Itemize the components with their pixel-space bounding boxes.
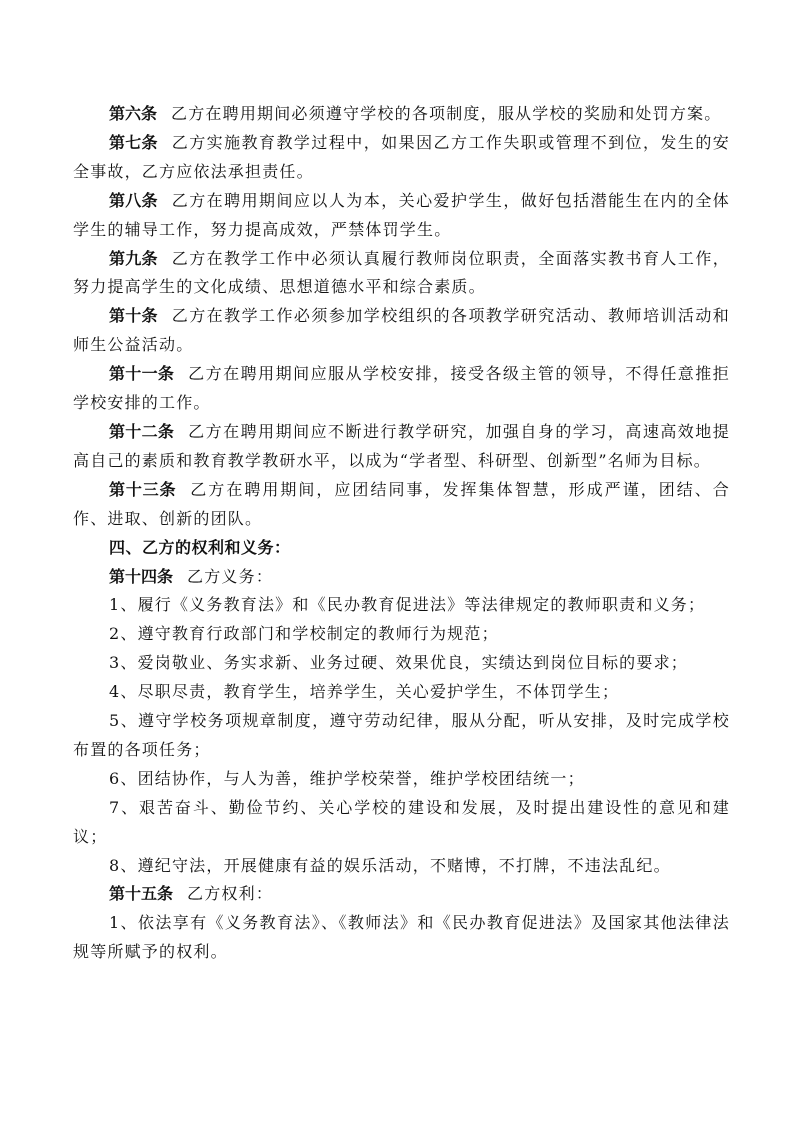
section-heading: 四、乙方的权利和义务：	[73, 534, 730, 563]
obligation-item: 4、尽职尽责，教育学生，培养学生，关心爱护学生，不体罚学生；	[73, 678, 730, 707]
obligation-item: 2、遵守教育行政部门和学校制定的教师行为规范；	[73, 620, 730, 649]
article-label: 第十二条	[109, 422, 174, 441]
obligation-item: 8、遵纪守法，开展健康有益的娱乐活动，不赌博，不打牌，不违法乱纪。	[73, 852, 730, 881]
article-label: 第十五条	[109, 884, 173, 903]
article-label: 第十三条	[109, 480, 176, 499]
article-14: 第十四条乙方义务：	[73, 563, 730, 592]
article-label: 第八条	[109, 191, 158, 210]
obligation-item: 1、履行《义务教育法》和《民办教育促进法》等法律规定的教师职责和义务；	[73, 591, 730, 620]
article-9: 第九条乙方在教学工作中必须认真履行教师岗位职责，全面落实教书育人工作，努力提高学…	[73, 245, 730, 303]
article-label: 第七条	[109, 133, 158, 152]
article-8: 第八条乙方在聘用期间应以人为本，关心爱护学生，做好包括潜能生在内的全体学生的辅导…	[73, 187, 730, 245]
article-10: 第十条乙方在教学工作必须参加学校组织的各项教学研究活动、教师培训活动和师生公益活…	[73, 302, 730, 360]
article-label: 第十条	[109, 306, 158, 325]
document-page: 第六条乙方在聘用期间必须遵守学校的各项制度，服从学校的奖励和处罚方案。 第七条乙…	[73, 100, 730, 967]
article-13: 第十三条乙方在聘用期间，应团结同事，发挥集体智慧，形成严谨，团结、合作、进取、创…	[73, 476, 730, 534]
article-15: 第十五条乙方权利：	[73, 880, 730, 909]
obligation-item: 7、艰苦奋斗、勤俭节约、关心学校的建设和发展，及时提出建设性的意见和建议；	[73, 794, 730, 852]
article-6: 第六条乙方在聘用期间必须遵守学校的各项制度，服从学校的奖励和处罚方案。	[73, 100, 730, 129]
article-label: 第十一条	[109, 364, 174, 383]
article-text: 乙方权利：	[187, 884, 273, 903]
article-label: 第十四条	[109, 567, 173, 586]
article-text: 乙方在教学工作必须参加学校组织的各项教学研究活动、教师培训活动和师生公益活动。	[73, 306, 730, 354]
article-7: 第七条乙方实施教育教学过程中，如果因乙方工作失职或管理不到位，发生的安全事故，乙…	[73, 129, 730, 187]
article-text: 乙方在聘用期间应以人为本，关心爱护学生，做好包括潜能生在内的全体学生的辅导工作，…	[73, 191, 730, 239]
article-text: 乙方义务：	[187, 567, 273, 586]
obligation-item: 5、遵守学校务项规章制度，遵守劳动纪律，服从分配，听从安排，及时完成学校布置的各…	[73, 707, 730, 765]
article-label: 第九条	[109, 249, 158, 268]
article-text: 乙方在聘用期间必须遵守学校的各项制度，服从学校的奖励和处罚方案。	[171, 104, 721, 123]
right-item: 1、依法享有《义务教育法》、《教师法》和《民办教育促进法》及国家其他法律法规等所…	[73, 909, 730, 967]
article-text: 乙方实施教育教学过程中，如果因乙方工作失职或管理不到位，发生的安全事故，乙方应依…	[73, 133, 730, 181]
article-label: 第六条	[109, 104, 157, 123]
obligation-item: 6、团结协作，与人为善，维护学校荣誉，维护学校团结统一；	[73, 765, 730, 794]
obligation-item: 3、爱岗敬业、务实求新、业务过硬、效果优良，实绩达到岗位目标的要求；	[73, 649, 730, 678]
article-text: 乙方在教学工作中必须认真履行教师岗位职责，全面落实教书育人工作，努力提高学生的文…	[73, 249, 730, 297]
article-12: 第十二条乙方在聘用期间应不断进行教学研究，加强自身的学习，高速高效地提高自己的素…	[73, 418, 730, 476]
article-11: 第十一条乙方在聘用期间应服从学校安排，接受各级主管的领导，不得任意推拒学校安排的…	[73, 360, 730, 418]
